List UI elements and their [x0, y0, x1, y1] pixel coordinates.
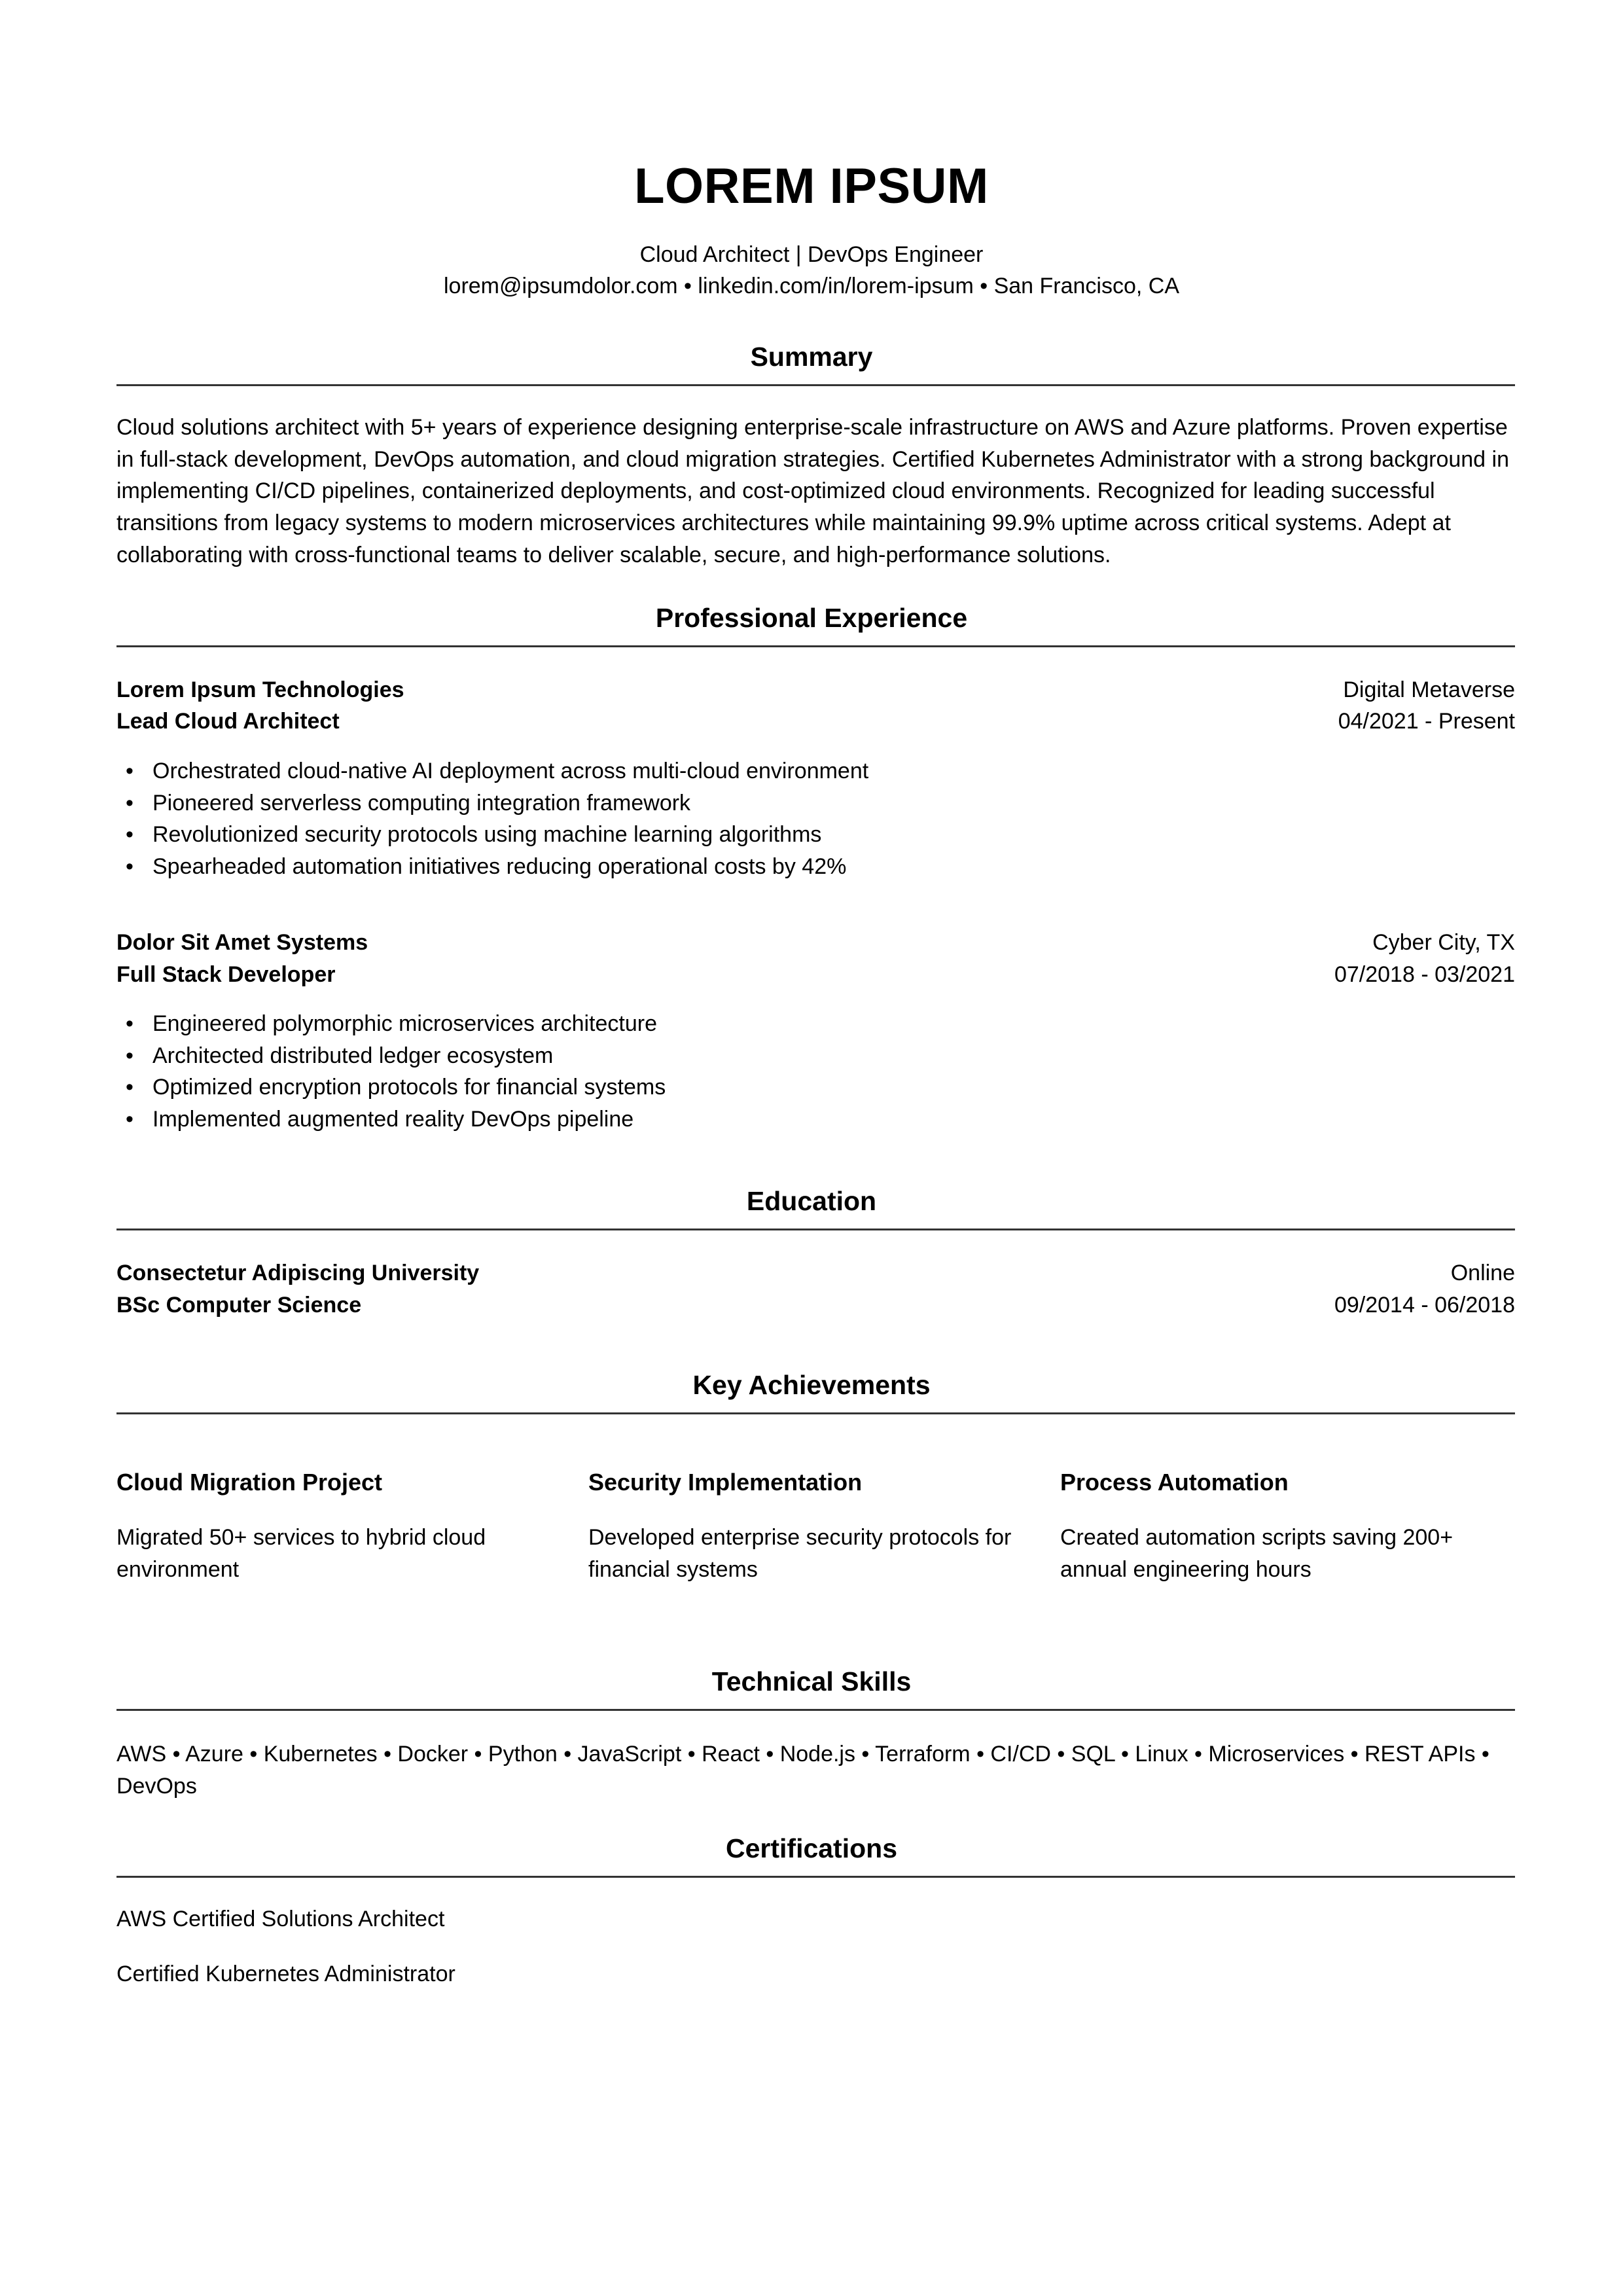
list-item: Spearheaded automation initiatives reduc… [116, 851, 1515, 883]
job-dates: 04/2021 - Present [1338, 706, 1515, 738]
section-divider [116, 1229, 1515, 1230]
list-item: Pioneered serverless computing integrati… [116, 787, 1515, 819]
job-bullet-list: Engineered polymorphic microservices arc… [116, 1008, 1515, 1136]
achievements-grid: Cloud Migration Project Migrated 50+ ser… [116, 1467, 1515, 1585]
list-item: Architected distributed ledger ecosystem [116, 1040, 1515, 1072]
job-header-row: Lorem Ipsum Technologies Digital Metaver… [116, 674, 1515, 706]
list-item: Optimized encryption protocols for finan… [116, 1071, 1515, 1103]
section-divider [116, 1876, 1515, 1878]
section-heading-achievements: Key Achievements [0, 1369, 1623, 1401]
education-degree: BSc Computer Science [116, 1289, 361, 1321]
achievement-title: Security Implementation [588, 1467, 1043, 1498]
skills-text: AWS • Azure • Kubernetes • Docker • Pyth… [116, 1738, 1515, 1802]
section-divider [116, 645, 1515, 647]
section-divider [116, 384, 1515, 386]
achievement-card: Security Implementation Developed enterp… [588, 1467, 1043, 1585]
section-heading-skills: Technical Skills [0, 1665, 1623, 1698]
achievement-title: Process Automation [1060, 1467, 1515, 1498]
job-role: Lead Cloud Architect [116, 706, 340, 738]
job-company: Dolor Sit Amet Systems [116, 927, 368, 959]
section-heading-experience: Professional Experience [0, 601, 1623, 634]
list-item: Orchestrated cloud-native AI deployment … [116, 755, 1515, 787]
certification-item: AWS Certified Solutions Architect [116, 1904, 444, 1934]
job-bullet-list: Orchestrated cloud-native AI deployment … [116, 755, 1515, 883]
summary-text: Cloud solutions architect with 5+ years … [116, 412, 1517, 571]
job-role: Full Stack Developer [116, 959, 335, 991]
contact-line: lorem@ipsumdolor.com • linkedin.com/in/l… [0, 271, 1623, 301]
job-role-row: Full Stack Developer 07/2018 - 03/2021 [116, 959, 1515, 991]
job-location: Digital Metaverse [1343, 674, 1515, 706]
job-header-row: Dolor Sit Amet Systems Cyber City, TX [116, 927, 1515, 959]
section-heading-summary: Summary [0, 340, 1623, 373]
job-location: Cyber City, TX [1372, 927, 1515, 959]
section-divider [116, 1412, 1515, 1414]
list-item: Implemented augmented reality DevOps pip… [116, 1103, 1515, 1136]
achievement-card: Cloud Migration Project Migrated 50+ ser… [116, 1467, 571, 1585]
achievement-desc: Developed enterprise security protocols … [588, 1522, 1043, 1585]
job-role-row: Lead Cloud Architect 04/2021 - Present [116, 706, 1515, 738]
list-item: Revolutionized security protocols using … [116, 819, 1515, 851]
achievement-title: Cloud Migration Project [116, 1467, 571, 1498]
education-dates: 09/2014 - 06/2018 [1334, 1289, 1515, 1321]
section-heading-certifications: Certifications [0, 1832, 1623, 1865]
education-school: Consectetur Adipiscing University [116, 1257, 479, 1289]
certification-item: Certified Kubernetes Administrator [116, 1959, 455, 1989]
education-location: Online [1451, 1257, 1515, 1289]
section-divider [116, 1709, 1515, 1711]
candidate-name: LOREM IPSUM [0, 157, 1623, 216]
achievement-desc: Migrated 50+ services to hybrid cloud en… [116, 1522, 571, 1585]
job-company: Lorem Ipsum Technologies [116, 674, 404, 706]
education-degree-row: BSc Computer Science 09/2014 - 06/2018 [116, 1289, 1515, 1321]
education-header-row: Consectetur Adipiscing University Online [116, 1257, 1515, 1289]
candidate-title: Cloud Architect | DevOps Engineer [0, 240, 1623, 270]
achievement-card: Process Automation Created automation sc… [1060, 1467, 1515, 1585]
list-item: Engineered polymorphic microservices arc… [116, 1008, 1515, 1040]
job-dates: 07/2018 - 03/2021 [1334, 959, 1515, 991]
section-heading-education: Education [0, 1185, 1623, 1217]
achievement-desc: Created automation scripts saving 200+ a… [1060, 1522, 1515, 1585]
